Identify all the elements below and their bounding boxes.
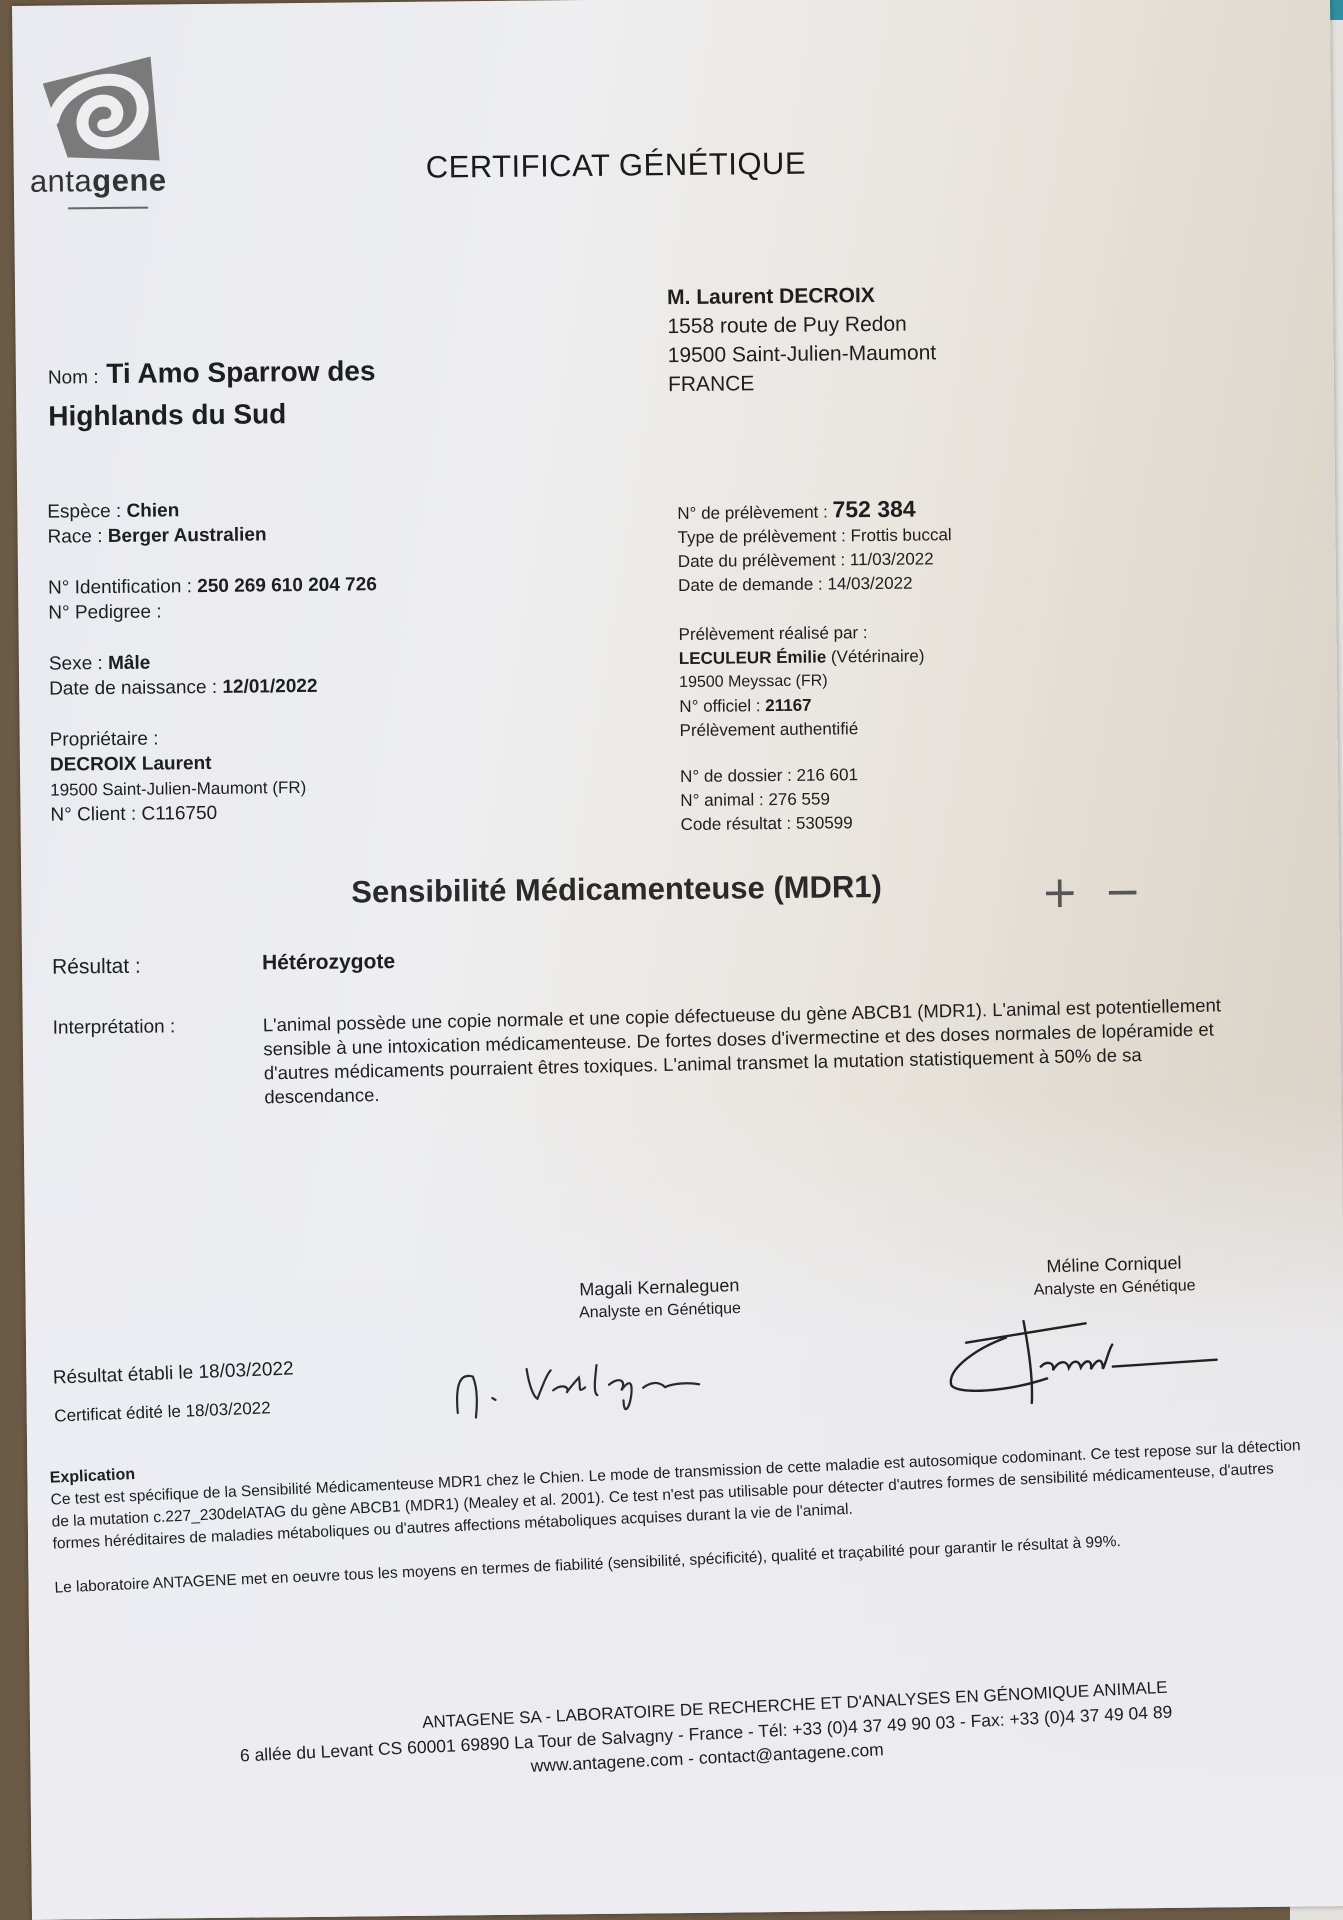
dossier-block: N° de dossier : 216 601 N° animal : 276 …: [680, 763, 859, 837]
birthdate-value: 12/01/2022: [222, 676, 317, 698]
vet-name: LECULEUR Émilie: [679, 648, 827, 669]
sample-date: 11/03/2022: [850, 549, 934, 569]
antagene-logo: antagene: [33, 52, 185, 210]
signatory-1: Magali Kernaleguen Analyste en Génétique: [524, 1272, 798, 1427]
animal-number: 276 559: [768, 789, 830, 809]
dates-block: Résultat établi le 18/03/2022 Certificat…: [52, 1350, 296, 1435]
owner-block: Propriétaire : DECROIX Laurent 19500 Sai…: [50, 725, 307, 828]
vet-block: Prélèvement réalisé par : LECULEUR Émili…: [678, 620, 925, 743]
recipient-address: M. Laurent DECROIX 1558 route de Puy Red…: [667, 280, 937, 399]
sex-birth-block: Sexe : Mâle Date de naissance : 12/01/20…: [49, 649, 318, 702]
logo-underline: [68, 207, 148, 210]
handwritten-plus-icon: +: [1041, 867, 1078, 918]
sample-number: 752 384: [832, 496, 915, 523]
spiral-logo-icon: [33, 52, 164, 165]
certificate-page: antagene CERTIFICAT GÉNÉTIQUE M. Laurent…: [12, 0, 1343, 1920]
breed-value: Berger Australien: [108, 524, 267, 547]
signatory-2: Méline Corniquel Analyste en Génétique: [994, 1249, 1239, 1424]
recipient-country: FRANCE: [668, 367, 937, 399]
sex-value: Mâle: [108, 653, 150, 674]
owner-city: 19500 Saint-Julien-Maumont (FR): [50, 775, 306, 803]
animal-name-block: Nom : Ti Amo Sparrow des Highlands du Su…: [48, 351, 489, 436]
owner-name: DECROIX Laurent: [50, 753, 212, 776]
animal-name-label: Nom :: [48, 367, 99, 389]
recipient-city: 19500 Saint-Julien-Maumont: [668, 338, 937, 370]
handwritten-marks: +−: [1041, 866, 1167, 918]
certificate-title: CERTIFICAT GÉNÉTIQUE: [426, 146, 807, 186]
sample-type: Frottis buccal: [850, 525, 951, 545]
dossier-number: 216 601: [796, 765, 858, 785]
vet-city: 19500 Meyssac (FR): [679, 668, 925, 695]
result-code: 530599: [796, 813, 853, 833]
species-block: Espèce : Chien Race : Berger Australien: [47, 497, 266, 549]
logo-text-bold: gene: [92, 162, 167, 198]
signature-1-icon: [436, 1334, 798, 1424]
vet-official-number: 21167: [765, 696, 812, 715]
sample-block: N° de prélèvement : 752 384 Type de prél…: [677, 496, 952, 598]
authenticated-status: Prélèvement authentifié: [680, 716, 926, 743]
identification-block: N° Identification : 250 269 610 204 726 …: [48, 572, 377, 625]
recipient-name: M. Laurent DECROIX: [667, 280, 936, 312]
interpretation-label: Interprétation :: [53, 1016, 176, 1039]
signature-2-icon: [935, 1301, 1238, 1419]
interpretation-text: L'animal possède une copie normale et un…: [263, 993, 1225, 1109]
logo-text-light: anta: [30, 163, 93, 199]
result-value: Hétérozygote: [262, 950, 395, 975]
handwritten-minus-icon: −: [1104, 866, 1141, 917]
test-title: Sensibilité Médicamenteuse (MDR1): [351, 869, 882, 911]
client-number: C116750: [141, 803, 217, 825]
identification-value: 250 269 610 204 726: [197, 574, 377, 597]
recipient-street: 1558 route de Puy Redon: [667, 309, 936, 341]
request-date: 14/03/2022: [827, 574, 912, 594]
species-value: Chien: [126, 500, 179, 522]
result-label: Résultat :: [52, 955, 141, 980]
